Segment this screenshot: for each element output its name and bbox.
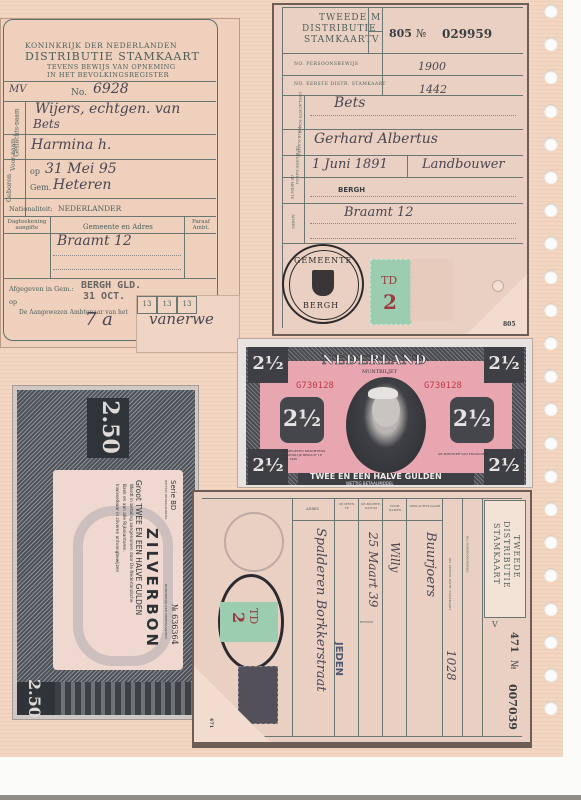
col-address: Gemeente en Adres bbox=[83, 223, 153, 231]
id-label: NO. PERSOONSBEWIJS bbox=[294, 62, 358, 67]
serial-number: 029959 bbox=[442, 27, 492, 41]
official-signature: 7 a bbox=[85, 309, 113, 330]
card-subtitle-2: IN HET BEVOLKINGSREGISTER bbox=[47, 71, 169, 79]
dotted-line bbox=[310, 238, 516, 239]
note-left-small-text: UITGEGEVEN KRACHTENS KONINKLIJK BESLUIT … bbox=[282, 449, 326, 461]
occupation-value: Landbouwer bbox=[422, 157, 505, 172]
issued-date-label: op bbox=[9, 298, 17, 306]
firstnames-value: Gerhard Albertus bbox=[314, 131, 438, 147]
divider bbox=[3, 278, 216, 279]
first-card-value: 1028 bbox=[444, 650, 458, 681]
note-denomination-text: TWEE EN EEN HALVE GULDEN bbox=[310, 472, 442, 481]
binder-hole bbox=[544, 270, 558, 284]
title-line2: DISTRIBUTIE bbox=[302, 24, 377, 34]
surname-value: Buurjoers bbox=[423, 532, 438, 597]
faded-seal bbox=[224, 512, 284, 572]
address-value: Braamt 12 bbox=[57, 233, 132, 249]
office-number: 805 bbox=[389, 27, 412, 40]
issued-date-stamp: 31 OCT. bbox=[83, 291, 125, 302]
dotted-line bbox=[310, 196, 516, 197]
surname-value: Bets bbox=[334, 95, 365, 111]
office-number: 471 bbox=[508, 632, 519, 653]
queen-portrait bbox=[346, 377, 426, 473]
divider bbox=[282, 95, 523, 96]
nationality-value: NEDERLANDER bbox=[58, 204, 121, 213]
surname-value-2: Bets bbox=[33, 117, 60, 131]
birthdate-value: 1 Juni 1891 bbox=[312, 157, 388, 172]
first-card-label: NO. EERSTE DISTR. STAMKAART bbox=[294, 82, 386, 87]
zilverbon-text-1: Groot TWEE EN EEN HALVE GULDEN bbox=[134, 480, 143, 615]
row-first-card-label: NO. EERSTE DISTR. STAMKAART bbox=[448, 558, 452, 610]
binder-hole bbox=[544, 303, 558, 317]
born-on-value: 31 Mei 95 bbox=[45, 161, 117, 177]
col-firstnames: VOOR-NAMEN bbox=[384, 504, 406, 512]
denomination-corner-br: 2½ bbox=[484, 449, 524, 485]
binder-hole bbox=[544, 668, 558, 682]
divider bbox=[3, 134, 216, 135]
binder-hole bbox=[544, 104, 558, 118]
zilverbon-title: ZILVERBON bbox=[143, 528, 161, 649]
divider bbox=[282, 7, 523, 8]
firstname-label: Voor-naam bbox=[10, 138, 17, 171]
ration-coupon: 13 13 13 vanerwe bbox=[136, 295, 240, 353]
coupon-signature: vanerwe bbox=[149, 310, 214, 328]
binder-hole bbox=[544, 635, 558, 649]
binder-hole bbox=[544, 502, 558, 516]
col-address: ADRES bbox=[306, 507, 319, 511]
divider bbox=[282, 129, 523, 130]
title-line3: STAMKAART bbox=[304, 35, 372, 45]
municipality-value: BERGH bbox=[338, 186, 365, 194]
card-title: DISTRIBUTIE STAMKAART bbox=[25, 50, 200, 63]
born-place-label: Gem. bbox=[30, 183, 51, 192]
zilverbon-text-2: Wordt in betaling aangenomen door De Ned… bbox=[128, 484, 133, 603]
binder-hole bbox=[544, 4, 558, 18]
zilverbon-denomination-top-text: 2.50 bbox=[97, 400, 123, 454]
corner-number: 471 bbox=[208, 718, 214, 728]
stamp-td-number: 2 bbox=[229, 612, 248, 623]
distribution-card-top-right: TWEEDE DISTRIBUTIE STAMKAART M V 805 № 0… bbox=[272, 3, 529, 336]
serial-number: 007039 bbox=[506, 684, 519, 730]
divider bbox=[407, 155, 408, 177]
birthdate-label: GE-BOORTE-DATUM bbox=[295, 146, 299, 184]
revenue-stamp-td: TD 2 bbox=[370, 259, 412, 325]
divider bbox=[442, 498, 443, 736]
divider bbox=[202, 498, 522, 499]
divider bbox=[334, 498, 335, 736]
divider bbox=[3, 159, 216, 160]
stamp-td-label: TD bbox=[247, 608, 260, 624]
divider bbox=[462, 498, 463, 736]
divider bbox=[358, 498, 359, 736]
sex-v: V bbox=[372, 35, 379, 45]
surname-value: Wijers, echtgen. van bbox=[35, 101, 180, 117]
note-serial-right: G730128 bbox=[424, 381, 462, 391]
zilverbon-number: № 636364 bbox=[170, 604, 179, 645]
binder-hole bbox=[544, 336, 558, 350]
col-date: Dagteekening aangifte bbox=[5, 219, 49, 231]
col-paraaf: Paraaf Ambt. bbox=[189, 219, 213, 231]
dotted-line bbox=[53, 269, 181, 270]
scan-edge bbox=[0, 795, 581, 800]
stamp-shadow bbox=[410, 259, 454, 321]
zilverbon-series: Serie BD bbox=[169, 480, 177, 510]
dotted-line bbox=[53, 255, 181, 256]
divider bbox=[304, 95, 305, 243]
binder-hole bbox=[544, 137, 558, 151]
col-surname: GESLACHTS-NAAM bbox=[409, 504, 441, 508]
divider bbox=[184, 216, 185, 278]
no-label: No. bbox=[71, 88, 87, 98]
zilverbon-legal: WETTIG BETAALMIDDEL bbox=[164, 480, 168, 520]
title-line1: TWEEDE bbox=[512, 535, 521, 579]
divider bbox=[282, 177, 523, 178]
col-municipality: GE-MEEN-TE bbox=[337, 502, 357, 510]
title-line2: DISTRIBUTIE bbox=[502, 521, 511, 589]
divider bbox=[3, 198, 216, 199]
title-box: TWEEDE DISTRIBUTIE STAMKAART bbox=[484, 500, 526, 618]
row-id-label: NO. PERSOONSBEWIJS bbox=[465, 536, 469, 573]
firstname-value: Harmina h. bbox=[31, 137, 111, 153]
stamp-td-label: TD bbox=[381, 274, 397, 287]
id-value: 1900 bbox=[418, 60, 446, 73]
seal-bottom-text: BERGH bbox=[303, 301, 339, 310]
page-margin bbox=[563, 0, 581, 757]
issued-label: Afgegeven in Gem.: bbox=[9, 285, 74, 293]
binder-hole bbox=[544, 170, 558, 184]
zilverbon-text-3: Bank en aan alle Rijkskantoren. bbox=[121, 484, 126, 552]
denomination-corner-tr: 2½ bbox=[484, 347, 524, 383]
address-value: Spalderen Borkkerstraat bbox=[313, 528, 328, 692]
divider bbox=[282, 53, 523, 54]
portrait-hair bbox=[368, 387, 398, 399]
birthdate-value: 25 Maart 39 bbox=[366, 532, 380, 607]
divider bbox=[482, 498, 483, 736]
address-value: Braamt 12 bbox=[344, 205, 414, 220]
firstnames-value: Willy bbox=[388, 542, 402, 572]
banknote-2-5-gulden: NEDERLAND MUNTBILJET G730128 G730128 2½ … bbox=[237, 338, 533, 488]
stamp-td-number: 2 bbox=[383, 290, 397, 314]
divider bbox=[292, 498, 293, 736]
zilverbon-bottom-band bbox=[55, 682, 195, 715]
zilverbon-kingdom: KONINKRIJK DER NEDERLANDEN bbox=[164, 584, 168, 639]
col-birthdate: GE-BOORTE-DATUM bbox=[360, 502, 382, 510]
sex-v: V bbox=[492, 620, 498, 629]
municipal-seal: GEMEENTE BERGH bbox=[282, 244, 364, 324]
born-place-value: Heteren bbox=[53, 177, 111, 193]
note-serial-left: G730128 bbox=[296, 381, 334, 391]
binder-hole bbox=[544, 436, 558, 450]
nationality-label: Nationaliteit: bbox=[9, 205, 53, 213]
issued-stamp: BERGH GLD. bbox=[81, 280, 141, 291]
divider bbox=[368, 31, 382, 32]
dotted-line bbox=[310, 223, 516, 224]
revenue-stamp-td: TD 2 bbox=[220, 602, 278, 642]
note-subtitle: MUNTBILJET bbox=[362, 369, 397, 375]
denomination-corner-tl: 2½ bbox=[248, 347, 288, 383]
title-line3: STAMKAART bbox=[492, 523, 501, 585]
distribution-card-bottom-right: ADRES GE-MEEN-TE GE-BOORTE-DATUM VOOR-NA… bbox=[192, 490, 532, 748]
divider bbox=[382, 498, 383, 736]
seal-top-text: GEMEENTE bbox=[294, 256, 352, 265]
col-occupation: BEROEP bbox=[360, 620, 373, 624]
banknote-zilverbon: 2.50 2.50 Serie BD WETTIG BETAALMIDDEL K… bbox=[12, 385, 199, 720]
binder-hole bbox=[544, 469, 558, 483]
no-symbol: № bbox=[508, 660, 519, 669]
corner-number: 805 bbox=[503, 321, 516, 328]
divider bbox=[282, 75, 523, 76]
divider bbox=[282, 203, 523, 204]
corner-fold bbox=[194, 666, 270, 742]
municipality-label: GE-MEEN-TE bbox=[290, 175, 294, 199]
note-country: NEDERLAND bbox=[322, 353, 427, 368]
zilverbon-denomination-bottom-text: 2.50 bbox=[25, 679, 44, 718]
no-symbol: № bbox=[416, 27, 426, 40]
divider bbox=[292, 520, 442, 521]
no-value: 6928 bbox=[93, 81, 129, 97]
title-line1: TWEEDE bbox=[319, 13, 367, 23]
address-label: ADRES bbox=[291, 214, 296, 229]
zilverbon-text-4: Inwisselbaar in zilveren ontvangbewijzen bbox=[114, 484, 119, 572]
page-bottom-margin bbox=[0, 757, 581, 800]
divider bbox=[406, 498, 407, 736]
note-legal-text: WETTIG BETAALMIDDEL bbox=[346, 481, 394, 486]
coat-of-arms-icon bbox=[312, 270, 334, 296]
born-on-label: op bbox=[30, 167, 40, 176]
note-right-small-text: DE MINISTER VAN FINANCIËN bbox=[438, 452, 488, 456]
sex-m: M bbox=[371, 13, 380, 23]
binder-hole bbox=[544, 602, 558, 616]
corner-fold bbox=[467, 274, 527, 334]
denomination-center-left: 2½ bbox=[280, 397, 324, 443]
ink-stamp-text: JEDEN bbox=[333, 642, 344, 676]
mv-mark: MV bbox=[9, 84, 26, 95]
kingdom-header: KONINKRIJK DER NEDERLANDEN bbox=[25, 41, 177, 50]
divider bbox=[368, 7, 369, 53]
divider bbox=[50, 216, 51, 278]
card-subtitle-1: TEVENS BEWIJS VAN OPNEMING bbox=[47, 63, 176, 71]
dotted-line bbox=[310, 115, 516, 116]
divider bbox=[282, 155, 523, 156]
denomination-center-right: 2½ bbox=[450, 397, 494, 443]
